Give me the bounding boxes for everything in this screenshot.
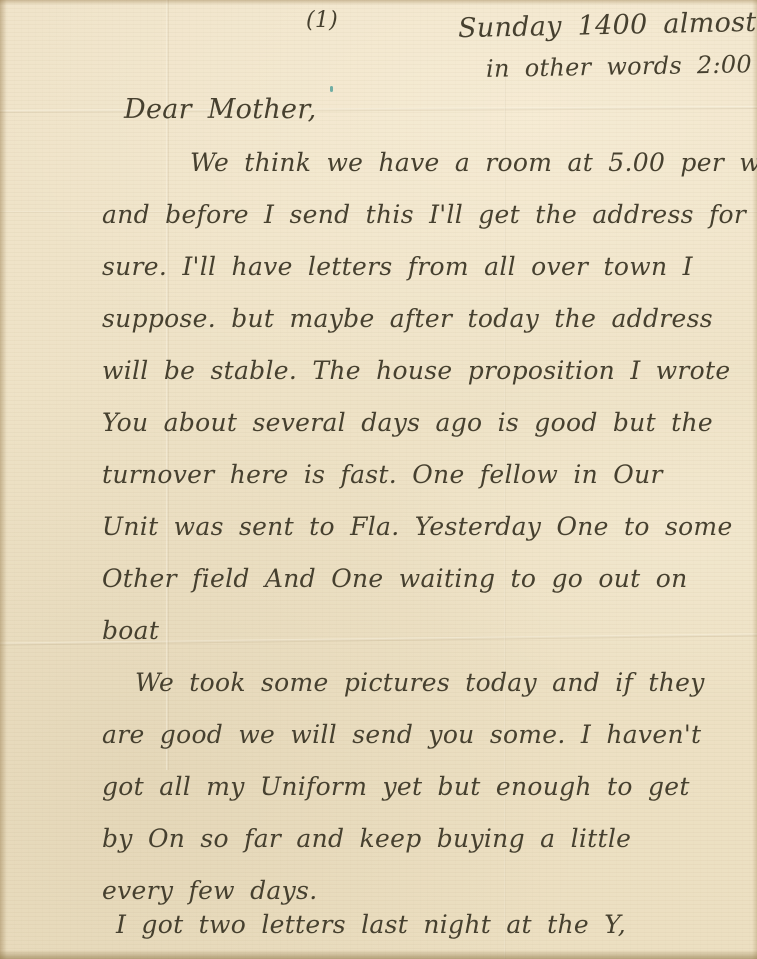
page-number: (1) — [306, 8, 338, 33]
letter-line: Other field And One waiting to go out on — [102, 554, 747, 606]
salutation: Dear Mother, — [124, 94, 316, 125]
dateline-line-2: in other words 2:00 P.M. — [486, 49, 757, 83]
paper-edge-left — [0, 0, 7, 959]
letter-page: (1) Sunday 1400 almost in other words 2:… — [0, 0, 757, 959]
letter-line: boat — [102, 606, 747, 658]
letter-line: turnover here is fast. One fellow in Our — [102, 450, 747, 502]
fold-crease-horizontal-upper — [0, 106, 757, 113]
letter-body: We think we have a room at 5.00 per week… — [102, 138, 747, 952]
letter-line: Unit was sent to Fla. Yesterday One to s… — [102, 502, 747, 554]
dateline-line-1: Sunday 1400 almost — [458, 7, 757, 44]
letter-line: suppose. but maybe after today the addre… — [102, 294, 747, 346]
letter-line: I got two letters last night at the Y, — [102, 900, 747, 952]
letter-line: by On so far and keep buying a little — [102, 814, 747, 866]
letter-line: We think we have a room at 5.00 per week — [102, 138, 747, 190]
paper-edge-top — [0, 0, 757, 5]
letter-line: will be stable. The house proposition I … — [102, 346, 747, 398]
ink-speck — [330, 86, 333, 92]
letter-line: and before I send this I'll get the addr… — [102, 190, 747, 242]
letter-line: You about several days ago is good but t… — [102, 398, 747, 450]
letter-line: sure. I'll have letters from all over to… — [102, 242, 747, 294]
letter-line: got all my Uniform yet but enough to get — [102, 762, 747, 814]
letter-line: are good we will send you some. I haven'… — [102, 710, 747, 762]
letter-line: We took some pictures today and if they — [102, 658, 747, 710]
